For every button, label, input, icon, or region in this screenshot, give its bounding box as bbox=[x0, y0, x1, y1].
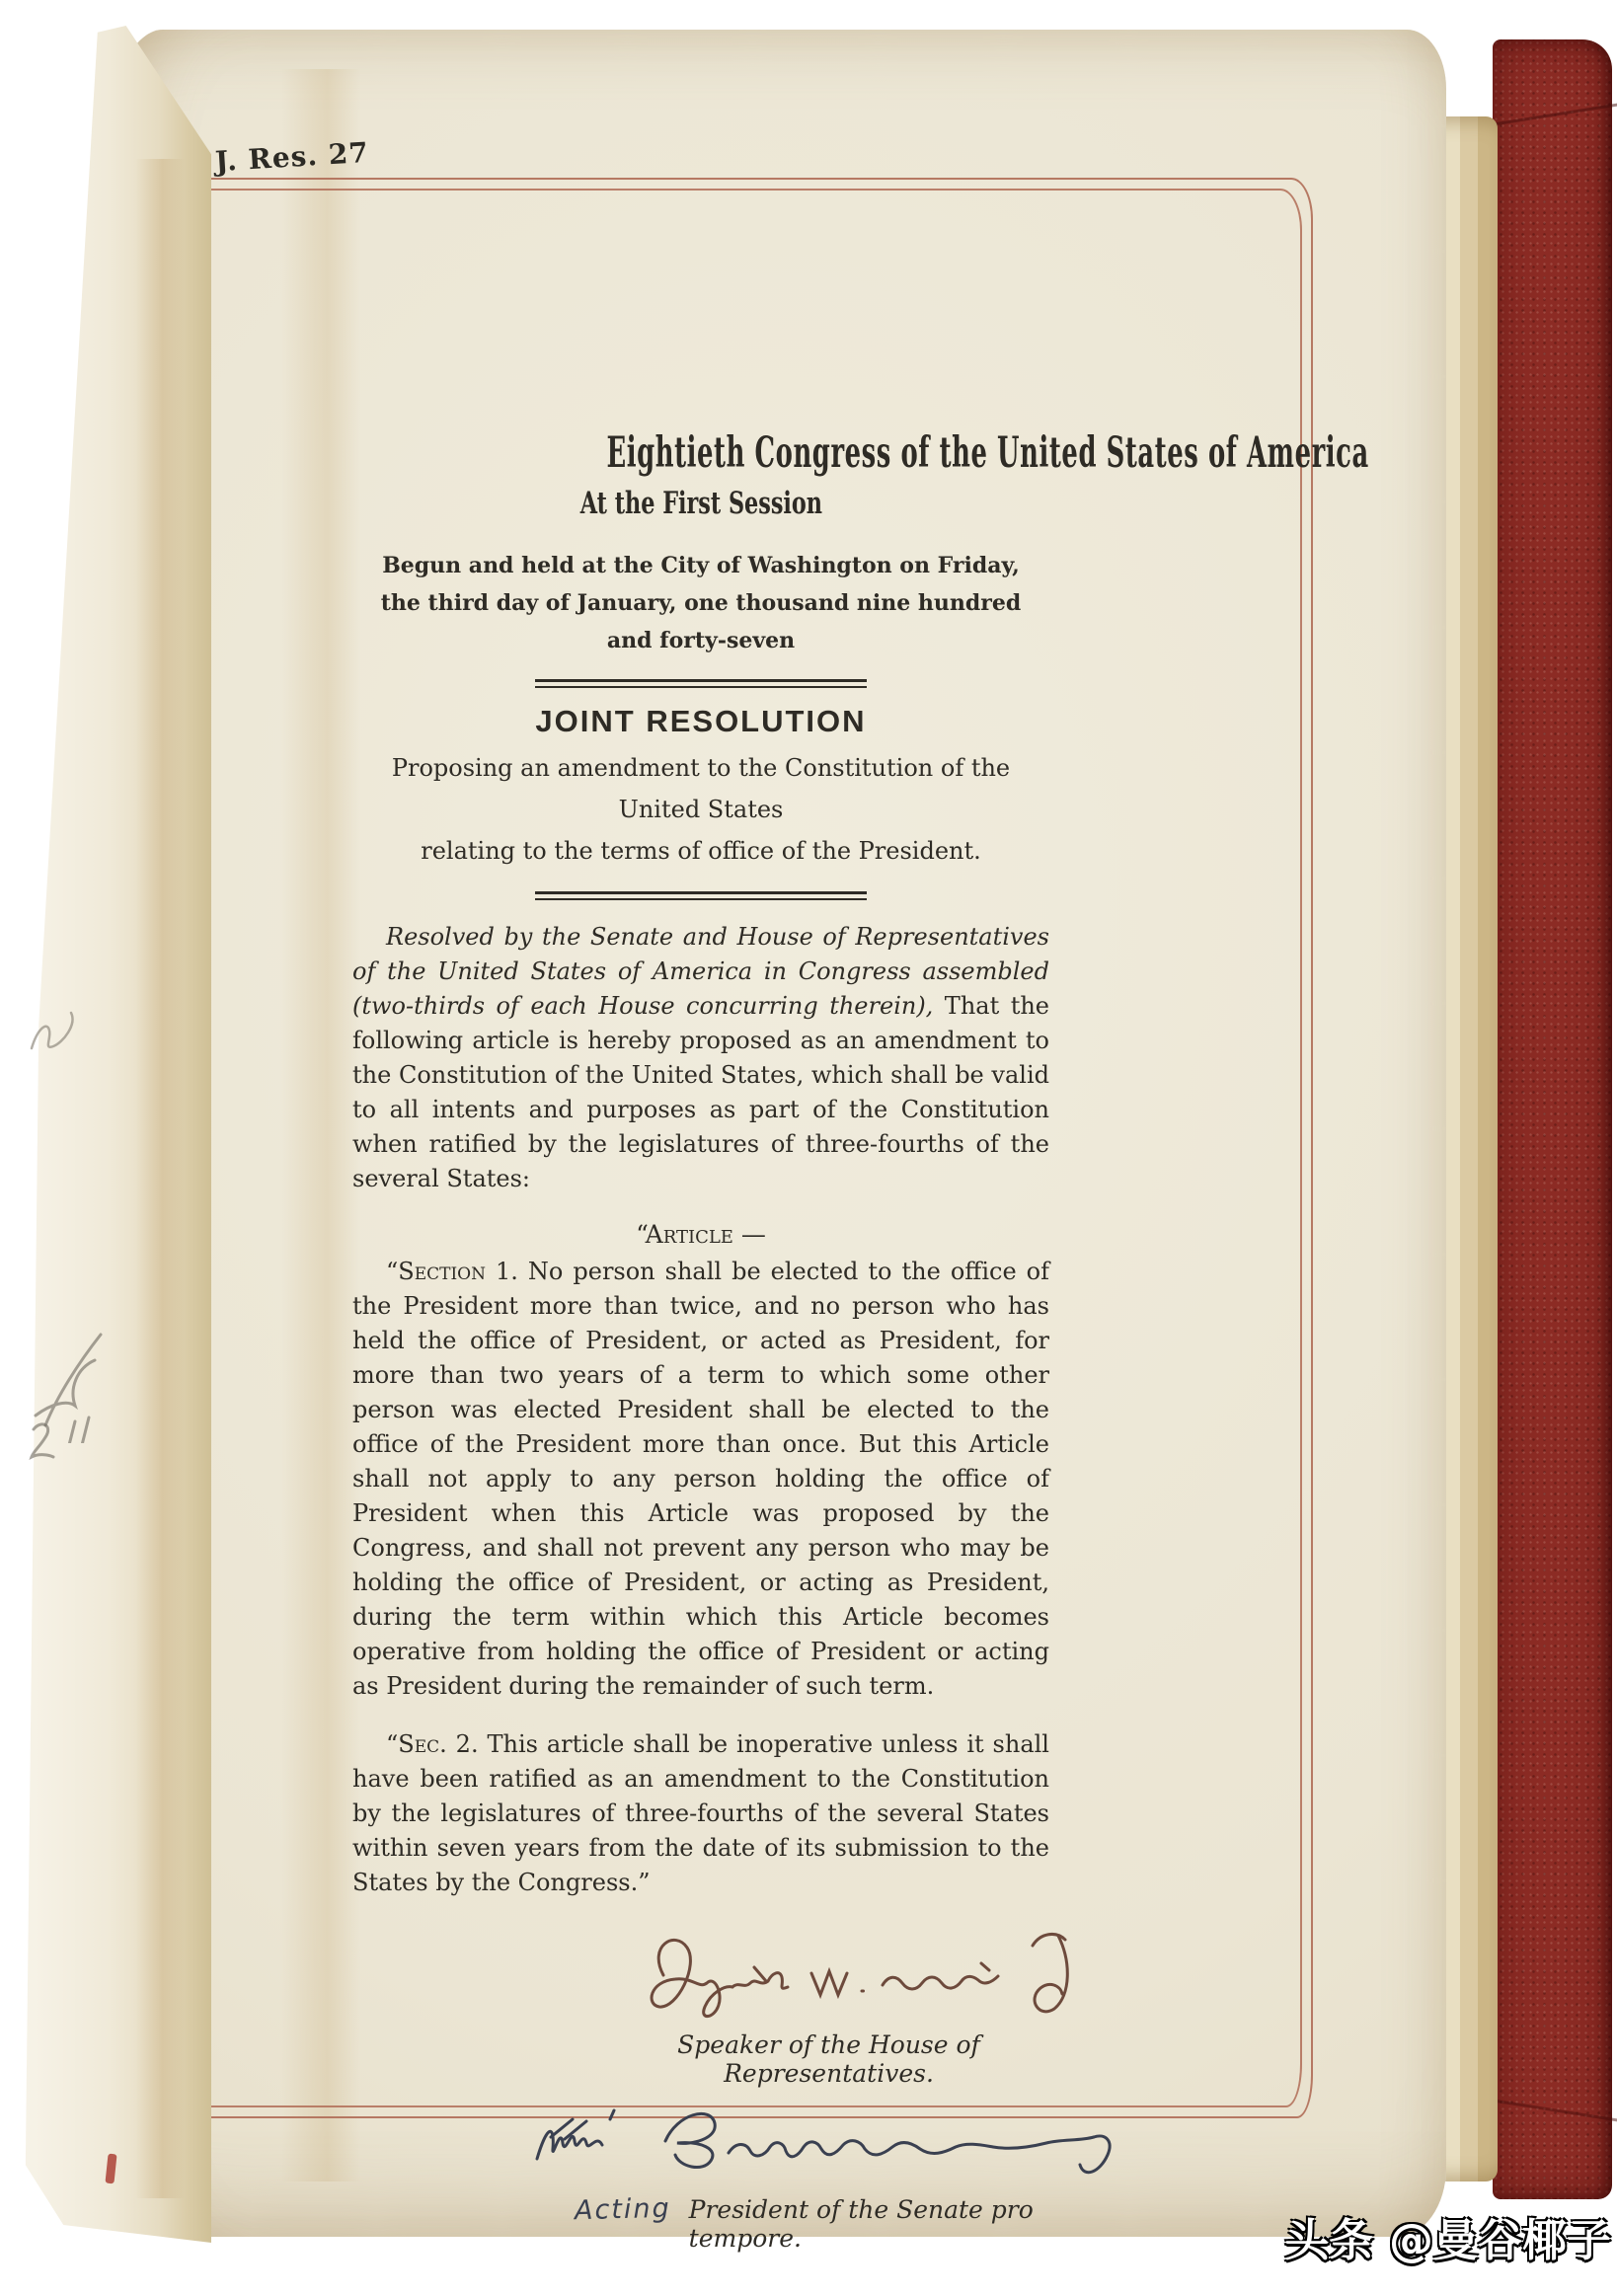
divider-rule bbox=[535, 891, 867, 900]
leather-cover bbox=[1493, 39, 1612, 2199]
speaker-caption: Speaker of the House of Representatives. bbox=[579, 2030, 1078, 2088]
left-page-edge bbox=[22, 26, 211, 2243]
section-1-label: “Section 1. bbox=[386, 1258, 518, 1285]
senate-president-signature bbox=[515, 2098, 1049, 2192]
speaker-signature bbox=[634, 1924, 1049, 2030]
senate-caption-row: Acting President of the Senate pro tempo… bbox=[575, 2194, 1049, 2253]
pencil-mark bbox=[26, 1005, 101, 1064]
acting-handwritten: Acting bbox=[575, 2193, 671, 2227]
page-edge-stain bbox=[135, 159, 185, 2198]
leather-seam bbox=[1486, 2098, 1617, 2123]
resolution-subtitle-line: Proposing an amendment to the Constituti… bbox=[352, 747, 1049, 830]
congress-title: Eightieth Congress of the United States … bbox=[606, 428, 1368, 478]
section-1-paragraph: “Section 1. No person shall be elected t… bbox=[352, 1255, 1049, 1704]
article-heading: “Article — bbox=[352, 1220, 1049, 1249]
document-content: Eightieth Congress of the United States … bbox=[352, 428, 1049, 2253]
watermark: 头条 @曼谷椰子 bbox=[1284, 2204, 1611, 2268]
resolution-subtitle: Proposing an amendment to the Constituti… bbox=[352, 747, 1049, 872]
pencil-mark bbox=[26, 1417, 61, 1465]
divider-rule bbox=[535, 679, 867, 688]
senate-caption: President of the Senate pro tempore. bbox=[689, 2195, 1049, 2253]
leather-seam bbox=[1486, 101, 1617, 126]
book-photo: H. J. Res. 27 Eightieth Congress of the … bbox=[0, 0, 1617, 2296]
resolution-subtitle-line: relating to the terms of office of the P… bbox=[352, 830, 1049, 872]
section-2-paragraph: “Sec. 2. This article shall be inoperati… bbox=[352, 1727, 1049, 1900]
joint-resolution-heading: JOINT RESOLUTION bbox=[352, 704, 1049, 739]
resolved-clause-roman: That the following article is hereby pro… bbox=[352, 992, 1049, 1192]
section-1-text: No person shall be elected to the office… bbox=[352, 1258, 1049, 1700]
resolved-paragraph: Resolved by the Senate and House of Repr… bbox=[352, 920, 1049, 1196]
convening-text: Begun and held at the City of Washington… bbox=[367, 547, 1035, 659]
section-2-label: “Sec. 2. bbox=[386, 1730, 479, 1758]
session-title: At the First Session bbox=[579, 486, 821, 521]
document-page: H. J. Res. 27 Eightieth Congress of the … bbox=[104, 30, 1446, 2237]
